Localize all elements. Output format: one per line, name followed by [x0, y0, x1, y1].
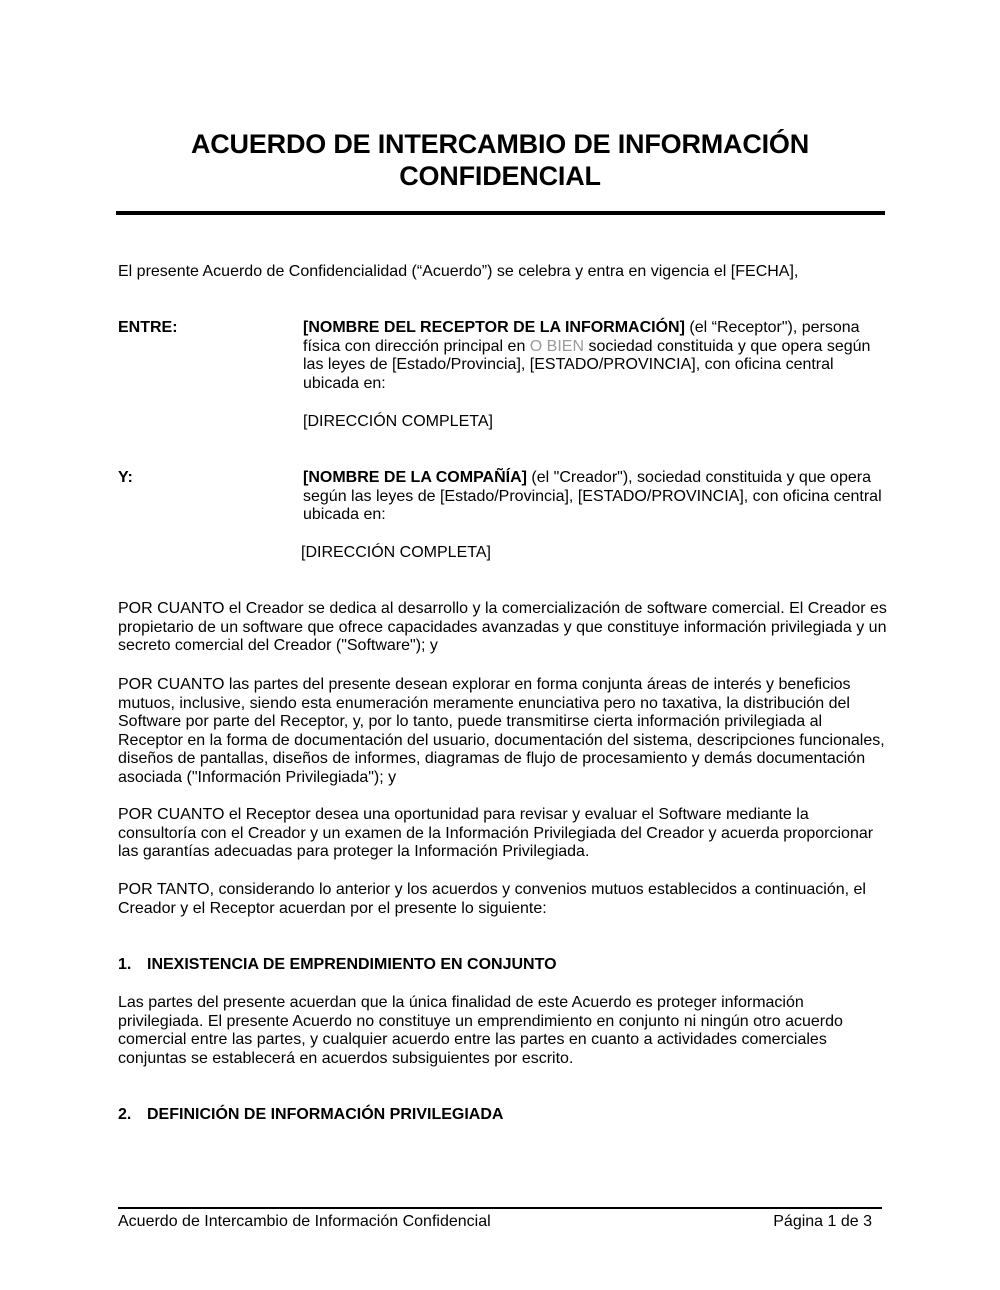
footer-page-number: Página 1 de 3 [773, 1213, 872, 1232]
party1-label: ENTRE: [118, 319, 178, 338]
recital-1: POR CUANTO el Creador se dedica al desar… [118, 600, 888, 656]
section-1-heading: 1.INEXISTENCIA DE EMPRENDIMIENTO EN CONJ… [118, 956, 557, 975]
party2-label: Y: [118, 469, 133, 488]
section-2-title: DEFINICIÓN DE INFORMACIÓN PRIVILEGIADA [147, 1106, 503, 1123]
recital-2: POR CUANTO las partes del presente desea… [118, 676, 888, 787]
title-divider [116, 211, 885, 215]
intro-paragraph: El presente Acuerdo de Confidencialidad … [118, 263, 888, 282]
section-1-number: 1. [118, 956, 147, 975]
party1-name: [NOMBRE DEL RECEPTOR DE LA INFORMACIÓN] [303, 319, 685, 336]
party2-name: [NOMBRE DE LA COMPAÑÍA] [303, 469, 527, 486]
title-line-1: ACUERDO DE INTERCAMBIO DE INFORMACIÓN [116, 128, 884, 160]
party2-description: [NOMBRE DE LA COMPAÑÍA] (el "Creador"), … [303, 469, 883, 525]
title-line-2: CONFIDENCIAL [116, 160, 884, 192]
section-2-number: 2. [118, 1106, 147, 1125]
footer-divider [118, 1207, 882, 1209]
footer-document-name: Acuerdo de Intercambio de Información Co… [118, 1213, 491, 1232]
section-1-body: Las partes del presente acuerdan que la … [118, 994, 888, 1068]
section-2-heading: 2.DEFINICIÓN DE INFORMACIÓN PRIVILEGIADA [118, 1106, 503, 1125]
recital-4: POR TANTO, considerando lo anterior y lo… [118, 881, 888, 918]
party2-address: [DIRECCIÓN COMPLETA] [301, 544, 881, 563]
party1-alternative: O BIEN [530, 338, 584, 355]
document-page: ACUERDO DE INTERCAMBIO DE INFORMACIÓN CO… [0, 0, 1000, 1290]
document-title: ACUERDO DE INTERCAMBIO DE INFORMACIÓN CO… [116, 128, 884, 192]
party1-description: [NOMBRE DEL RECEPTOR DE LA INFORMACIÓN] … [303, 319, 883, 393]
recital-3: POR CUANTO el Receptor desea una oportun… [118, 806, 888, 862]
party1-address: [DIRECCIÓN COMPLETA] [303, 413, 883, 432]
section-1-title: INEXISTENCIA DE EMPRENDIMIENTO EN CONJUN… [147, 956, 557, 973]
